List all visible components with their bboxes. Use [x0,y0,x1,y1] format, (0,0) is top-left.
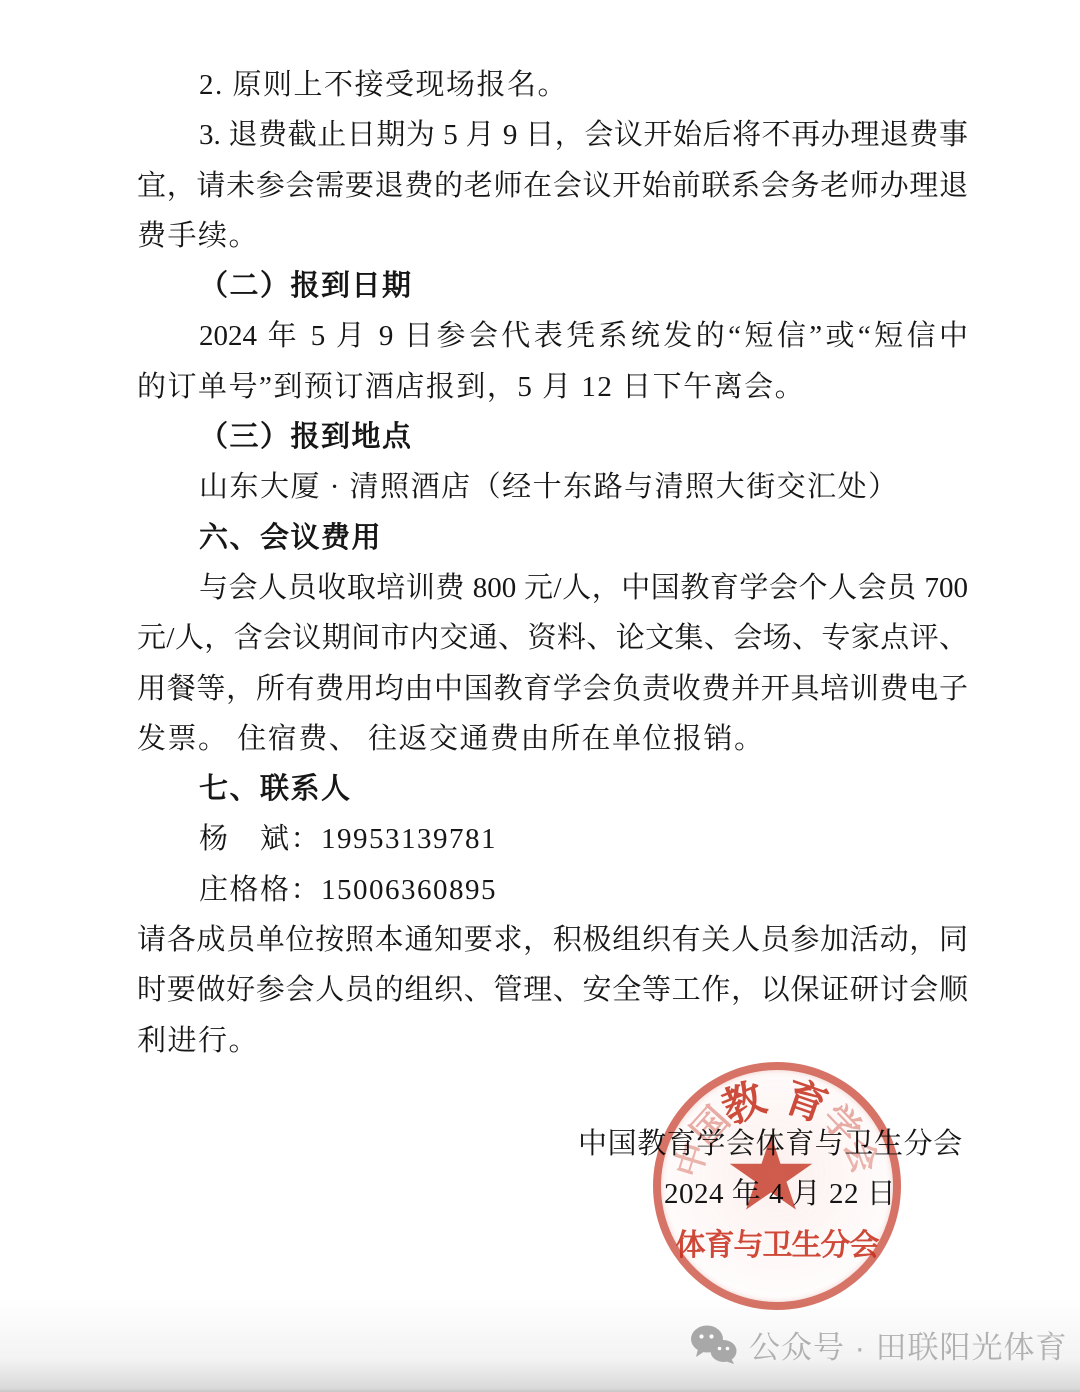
text-line: 利进行。 [137,1016,968,1066]
text-line: 2. 原则上不接受现场报名。 [137,60,968,110]
text-line: 3. 退费截止日期为 5 月 9 日，会议开始后将不再办理退费事 [137,110,968,160]
seal-bottom-text: 体育与卫生分会 [676,1220,879,1264]
text-line: 的订单号”到预订酒店报到，5 月 12 日下午离会。 [137,362,968,412]
text-line: 费手续。 [137,211,968,261]
text-line: 杨 斌：19953139781 [137,814,968,864]
document-body: 2. 原则上不接受现场报名。3. 退费截止日期为 5 月 9 日，会议开始后将不… [137,60,968,1066]
signature-org: 中国教育学会体育与卫生分会 [578,1127,963,1161]
text-line: 庄格格：15006360895 [137,865,968,915]
text-line: 宜，请未参会需要退费的老师在会议开始前联系会务老师办理退 [137,161,968,211]
text-line: 请各成员单位按照本通知要求，积极组织有关人员参加活动，同 [137,915,968,965]
text-line: 元/人，含会议期间市内交通、资料、论文集、会场、专家点评、 [137,613,968,663]
document-lines: 2. 原则上不接受现场报名。3. 退费截止日期为 5 月 9 日，会议开始后将不… [137,60,968,1066]
text-line: 与会人员收取培训费 800 元/人，中国教育学会个人会员 700 [137,563,968,613]
seal-arc-char: 育 [777,1064,836,1134]
text-line: 2024 年 5 月 9 日参会代表凭系统发的“短信”或“短信中 [137,311,968,361]
text-line: （二）报到日期 [137,261,968,311]
text-line: 发票。 住宿费、 往返交通费由所在单位报销。 [137,714,968,764]
text-line: 山东大厦 · 清照酒店（经十东路与清照大街交汇处） [137,462,968,512]
watermark-text: 公众号 · 田联阳光体育 [749,1322,1068,1367]
text-line: 六、会议费用 [137,513,968,563]
wechat-icon [690,1325,738,1365]
text-line: 时要做好参会人员的组织、管理、安全等工作，以保证研讨会顺 [137,965,968,1015]
text-line: （三）报到地点 [137,412,968,462]
seal-arc-char: 教 [712,1065,773,1136]
signature-date: 2024 年 4 月 22 日 [664,1177,896,1211]
text-line: 七、联系人 [137,764,968,814]
page: 2. 原则上不接受现场报名。3. 退费截止日期为 5 月 9 日，会议开始后将不… [0,0,1080,1392]
text-line: 用餐等，所有费用均由中国教育学会负责收费并开具培训费电子 [137,664,968,714]
watermark: 公众号 · 田联阳光体育 [690,1322,1068,1367]
